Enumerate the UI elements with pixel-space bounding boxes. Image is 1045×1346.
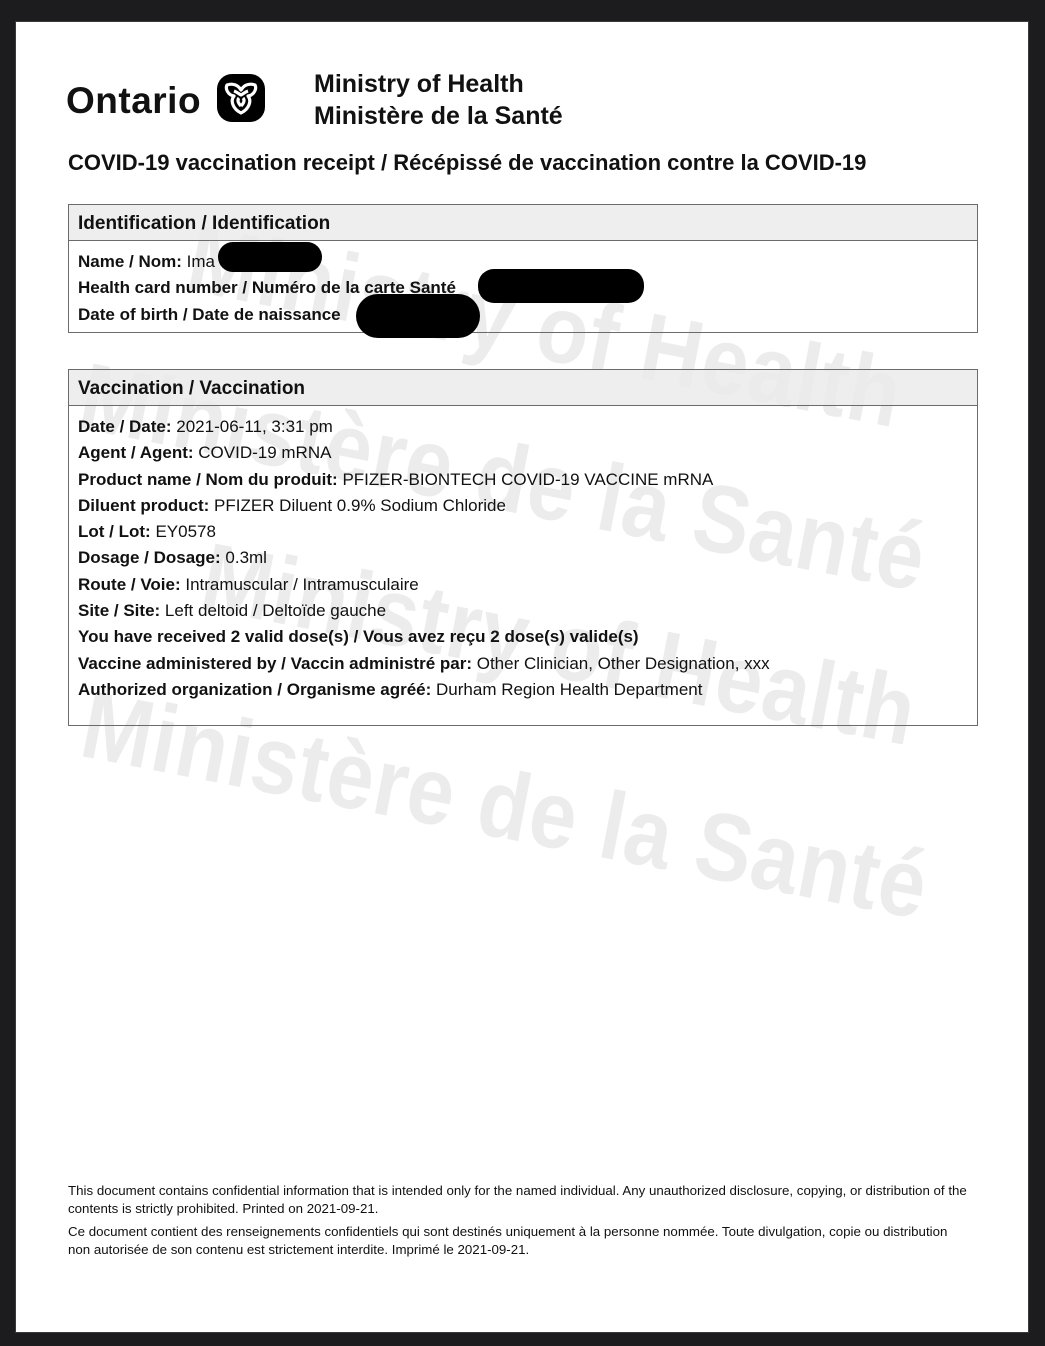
- ontario-logo-text: Ontario: [66, 80, 201, 122]
- receipt-page: Ministry of Health Ministère de la Santé…: [16, 22, 1028, 1332]
- field-administered-by: Vaccine administered by / Vaccin adminis…: [78, 651, 977, 677]
- field-label: Date of birth / Date de naissance: [78, 305, 341, 324]
- confidentiality-notice: This document contains confidential info…: [68, 1182, 968, 1264]
- field-label: Diluent product:: [78, 496, 209, 515]
- field-label: Dosage / Dosage:: [78, 548, 221, 567]
- field-value: Durham Region Health Department: [436, 680, 702, 699]
- field-diluent: Diluent product: PFIZER Diluent 0.9% Sod…: [78, 493, 977, 519]
- field-value: 2021-06-11, 3:31 pm: [176, 417, 333, 436]
- field-value: Left deltoid / Deltoïde gauche: [165, 601, 386, 620]
- notice-french: Ce document contient des renseignements …: [68, 1223, 968, 1258]
- field-product-name: Product name / Nom du produit: PFIZER-BI…: [78, 467, 977, 493]
- redaction-mark: [218, 242, 322, 272]
- field-label: Name / Nom:: [78, 252, 182, 271]
- field-value: PFIZER Diluent 0.9% Sodium Chloride: [214, 496, 506, 515]
- identification-heading: Identification / Identification: [69, 205, 977, 241]
- field-label: Agent / Agent:: [78, 443, 194, 462]
- field-label: Product name / Nom du produit:: [78, 470, 338, 489]
- redaction-mark: [478, 269, 644, 303]
- vaccination-heading: Vaccination / Vaccination: [69, 370, 977, 406]
- field-value: 0.3ml: [225, 548, 267, 567]
- field-value: PFIZER-BIONTECH COVID-19 VACCINE mRNA: [342, 470, 713, 489]
- field-date: Date / Date: 2021-06-11, 3:31 pm: [78, 414, 977, 440]
- doses-received-notice: You have received 2 valid dose(s) / Vous…: [78, 624, 977, 650]
- ministry-name: Ministry of Health Ministère de la Santé: [314, 68, 563, 132]
- field-health-card: Health card number / Numéro de la carte …: [78, 275, 977, 301]
- document-title: COVID-19 vaccination receipt / Récépissé…: [68, 150, 866, 176]
- field-route: Route / Voie: Intramuscular / Intramuscu…: [78, 572, 977, 598]
- field-site: Site / Site: Left deltoid / Deltoïde gau…: [78, 598, 977, 624]
- field-date-of-birth: Date of birth / Date de naissance: [78, 302, 977, 328]
- field-value: COVID-19 mRNA: [198, 443, 331, 462]
- field-label: Authorized organization / Organisme agré…: [78, 680, 431, 699]
- field-dosage: Dosage / Dosage: 0.3ml: [78, 545, 977, 571]
- field-value: Intramuscular / Intramusculaire: [185, 575, 418, 594]
- field-label: Site / Site:: [78, 601, 160, 620]
- trillium-icon: [216, 73, 266, 123]
- field-label: Vaccine administered by / Vaccin adminis…: [78, 654, 472, 673]
- field-label: Lot / Lot:: [78, 522, 151, 541]
- field-label: You have received 2 valid dose(s) / Vous…: [78, 627, 639, 646]
- redaction-mark: [356, 294, 480, 338]
- field-agent: Agent / Agent: COVID-19 mRNA: [78, 440, 977, 466]
- identification-section: Identification / Identification Name / N…: [68, 204, 978, 333]
- field-lot: Lot / Lot: EY0578: [78, 519, 977, 545]
- ministry-name-fr: Ministère de la Santé: [314, 100, 563, 132]
- document-header: Ontario Ministry of Health Ministère de …: [66, 68, 966, 138]
- vaccination-section: Vaccination / Vaccination Date / Date: 2…: [68, 369, 978, 726]
- field-value: Other Clinician, Other Designation, xxx: [477, 654, 770, 673]
- field-value: EY0578: [155, 522, 216, 541]
- ministry-name-en: Ministry of Health: [314, 68, 563, 100]
- field-label: Date / Date:: [78, 417, 172, 436]
- field-authorized-organization: Authorized organization / Organisme agré…: [78, 677, 977, 703]
- notice-english: This document contains confidential info…: [68, 1182, 968, 1217]
- field-label: Route / Voie:: [78, 575, 181, 594]
- field-value: Ima: [187, 252, 215, 271]
